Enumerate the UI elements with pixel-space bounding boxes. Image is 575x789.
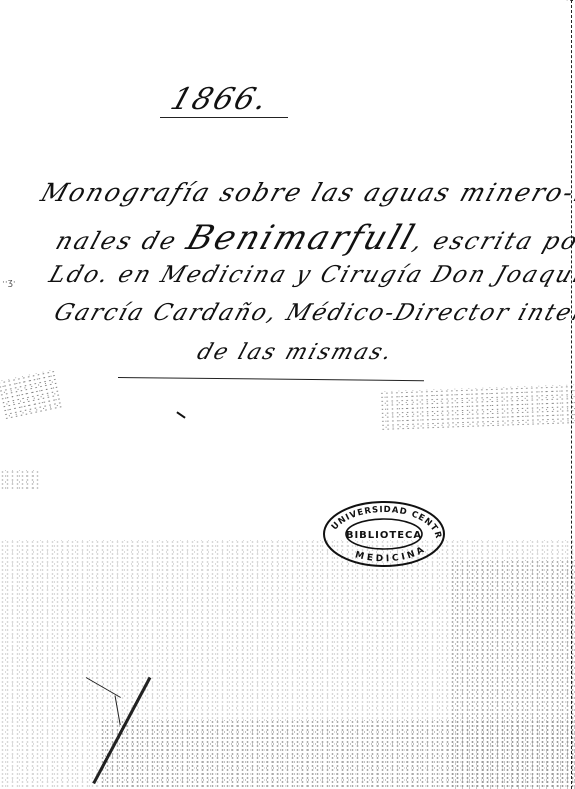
title-line-2-prefix: nales de <box>52 227 191 255</box>
year-underline <box>160 117 288 118</box>
library-stamp-icon: UNIVERSIDAD CENTRAL BIBLIOTECA MEDICINA <box>322 500 446 568</box>
margin-note: ··ʒ· <box>2 278 16 288</box>
scan-noise <box>379 385 575 432</box>
title-line-2: nales de Benimarfull, escrita por el <box>52 218 575 257</box>
scan-noise <box>0 470 40 490</box>
scan-noise <box>0 369 64 421</box>
closing-rule <box>118 377 424 381</box>
scan-noise <box>450 560 575 789</box>
title-line-1: Monografía sobre las aguas minero-medici… <box>37 178 575 207</box>
title-line-3: Ldo. en Medicina y Cirugía Don Joaquín <box>46 262 575 288</box>
page-edge-corner <box>549 0 573 7</box>
year-heading: 1866. <box>166 82 273 117</box>
place-name: Benimarfull <box>182 218 421 257</box>
pen-mark <box>176 411 185 418</box>
title-line-5: de las mismas. <box>194 340 397 365</box>
title-line-4: García Cardaño, Médico-Director interino <box>51 300 575 326</box>
title-line-2-suffix: , escrita por el <box>409 227 575 255</box>
library-stamp: UNIVERSIDAD CENTRAL BIBLIOTECA MEDICINA <box>322 500 446 568</box>
manuscript-page: 1866. Monografía sobre las aguas minero-… <box>0 0 575 789</box>
stamp-center-text: BIBLIOTECA <box>346 530 422 541</box>
